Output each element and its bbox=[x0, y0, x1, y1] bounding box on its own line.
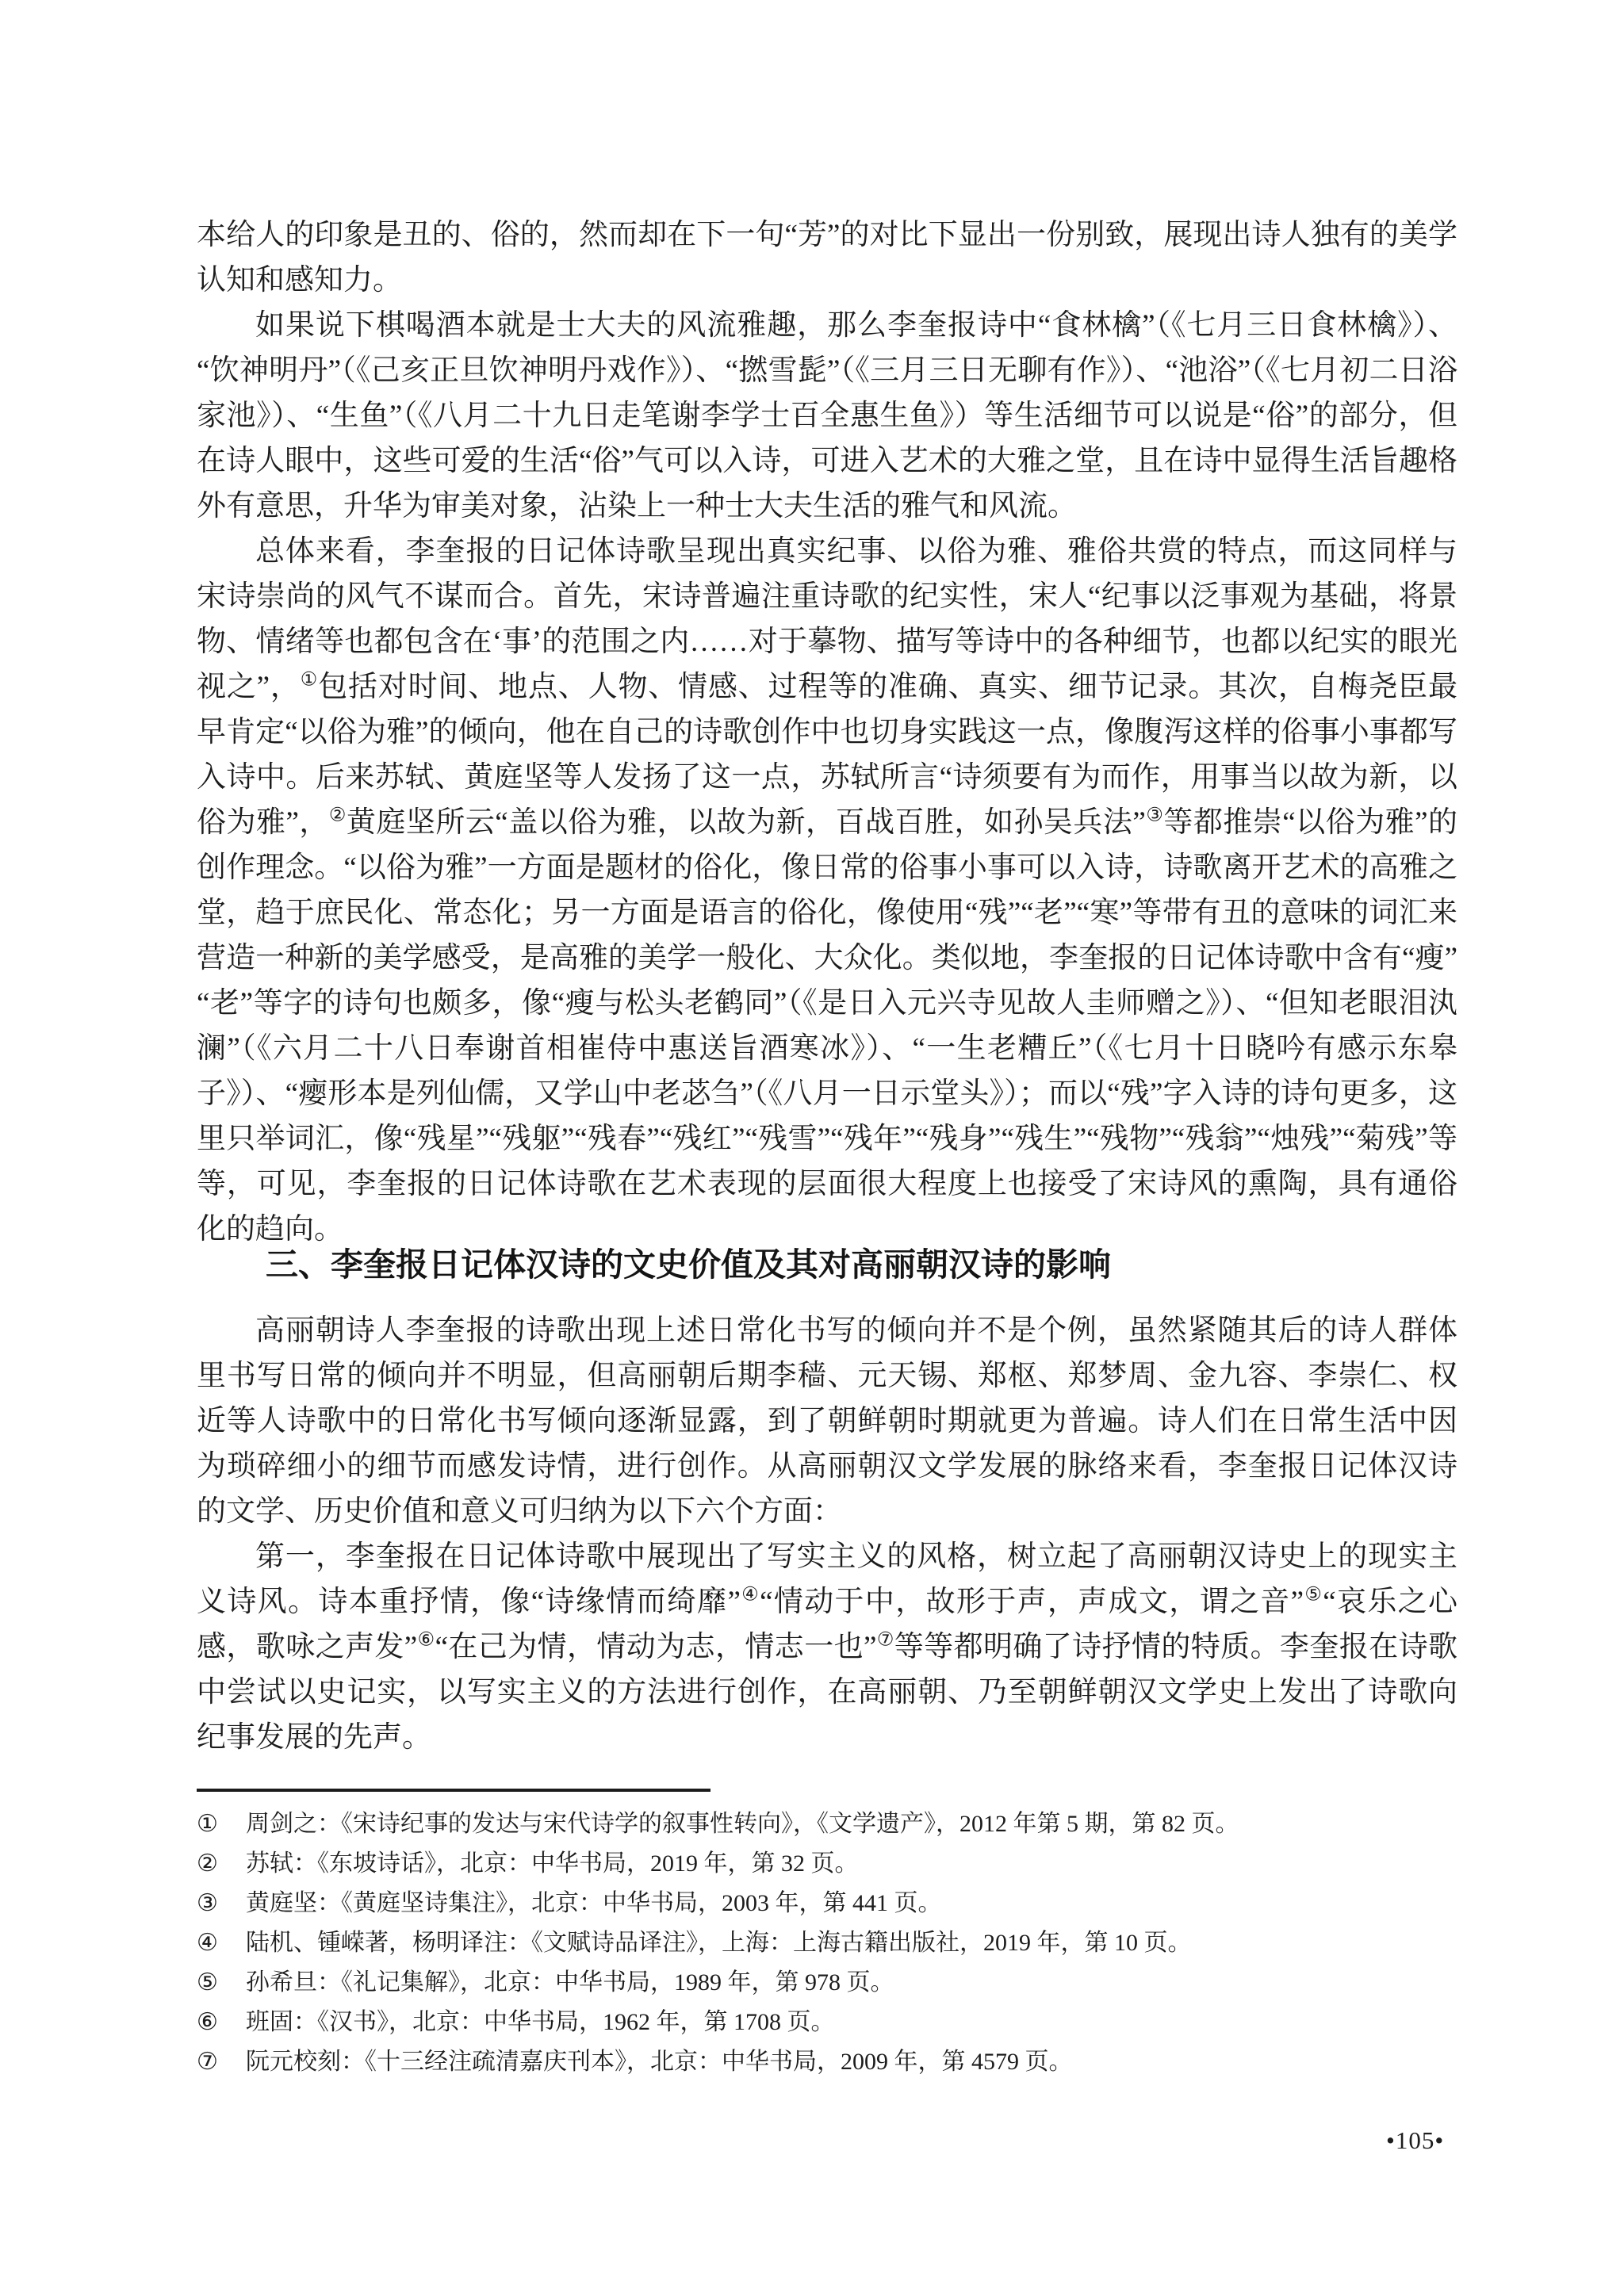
footnote-marker: ② bbox=[197, 1844, 246, 1884]
footnote-ref-4: ④ bbox=[741, 1585, 760, 1605]
page-number: •105• bbox=[1386, 2126, 1444, 2155]
footnote-text: 班固：《汉书》，北京：中华书局，1962 年，第 1708 页。 bbox=[246, 2003, 1465, 2042]
paragraph: 第一，李奎报在日记体诗歌中展现出了写实主义的风格，树立起了高丽朝汉诗史上的现实主… bbox=[197, 1534, 1457, 1760]
paragraph-text: 黄庭坚所云“盖以俗为雅，以故为新，百战百胜，如孙吴兵法” bbox=[347, 806, 1146, 839]
footnote-row: ⑥ 班固：《汉书》，北京：中华书局，1962 年，第 1708 页。 bbox=[197, 2003, 1465, 2042]
footnote-text: 苏轼：《东坡诗话》，北京：中华书局，2019 年，第 32 页。 bbox=[246, 1844, 1465, 1884]
footnote-marker: ③ bbox=[197, 1884, 246, 1923]
paragraph: 如果说下棋喝酒本就是士大夫的风流雅趣，那么李奎报诗中“食林檎”（《七月三日食林檎… bbox=[197, 303, 1457, 529]
paragraph-text: 高丽朝诗人李奎报的诗歌出现上述日常化书写的倾向并不是个例，虽然紧随其后的诗人群体… bbox=[197, 1314, 1457, 1528]
footnote-row: ⑤ 孙希旦：《礼记集解》，北京：中华书局，1989 年，第 978 页。 bbox=[197, 1963, 1465, 2003]
paragraph-text: 本给人的印象是丑的、俗的，然而却在下一句“芳”的对比下显出一份别致，展现出诗人独… bbox=[197, 219, 1457, 297]
paragraph-continuation: 本给人的印象是丑的、俗的，然而却在下一句“芳”的对比下显出一份别致，展现出诗人独… bbox=[197, 212, 1457, 303]
footnote-row: ① 周剑之：《宋诗纪事的发达与宋代诗学的叙事性转向》，《文学遗产》，2012 年… bbox=[197, 1804, 1465, 1844]
footnotes-section: ① 周剑之：《宋诗纪事的发达与宋代诗学的叙事性转向》，《文学遗产》，2012 年… bbox=[197, 1804, 1465, 2082]
paragraph-text: “在己为情，情动为志，情志一也” bbox=[435, 1631, 877, 1663]
footnote-ref-3: ③ bbox=[1146, 806, 1164, 826]
paragraph: 总体来看，李奎报的日记体诗歌呈现出真实纪事、以俗为雅、雅俗共赏的特点，而这同样与… bbox=[197, 529, 1457, 1252]
footnote-text: 黄庭坚：《黄庭坚诗集注》，北京：中华书局，2003 年，第 441 页。 bbox=[246, 1884, 1465, 1923]
footnote-text: 陆机、锺嵘著，杨明译注：《文赋诗品译注》，上海：上海古籍出版社，2019 年，第… bbox=[246, 1923, 1465, 1963]
body-text-block-1: 本给人的印象是丑的、俗的，然而却在下一句“芳”的对比下显出一份别致，展现出诗人独… bbox=[197, 212, 1457, 1252]
footnote-text: 周剑之：《宋诗纪事的发达与宋代诗学的叙事性转向》，《文学遗产》，2012 年第 … bbox=[246, 1804, 1465, 1844]
paragraph-text: 等都推崇“以俗为雅”的创作理念。“以俗为雅”一方面是题材的俗化，像日常的俗事小事… bbox=[197, 806, 1457, 1246]
footnote-text: 孙希旦：《礼记集解》，北京：中华书局，1989 年，第 978 页。 bbox=[246, 1963, 1465, 2003]
footnote-marker: ④ bbox=[197, 1923, 246, 1963]
footnote-row: ④ 陆机、锺嵘著，杨明译注：《文赋诗品译注》，上海：上海古籍出版社，2019 年… bbox=[197, 1923, 1465, 1963]
footnote-marker: ⑥ bbox=[197, 2003, 246, 2042]
footnote-row: ③ 黄庭坚：《黄庭坚诗集注》，北京：中华书局，2003 年，第 441 页。 bbox=[197, 1884, 1465, 1923]
footnote-ref-7: ⑦ bbox=[876, 1630, 894, 1651]
paragraph: 高丽朝诗人李奎报的诗歌出现上述日常化书写的倾向并不是个例，虽然紧随其后的诗人群体… bbox=[197, 1308, 1457, 1534]
footnote-row: ② 苏轼：《东坡诗话》，北京：中华书局，2019 年，第 32 页。 bbox=[197, 1844, 1465, 1884]
footnote-ref-6: ⑥ bbox=[417, 1630, 435, 1651]
paragraph-text: “情动于中，故形于声，声成文，谓之音” bbox=[760, 1586, 1304, 1618]
footnote-ref-5: ⑤ bbox=[1304, 1585, 1323, 1605]
footnote-row: ⑦ 阮元校刻：《十三经注疏清嘉庆刊本》，北京：中华书局，2009 年，第 457… bbox=[197, 2042, 1465, 2082]
footnote-marker: ⑦ bbox=[197, 2042, 246, 2082]
footnote-marker: ⑤ bbox=[197, 1963, 246, 2003]
document-page: 本给人的印象是丑的、俗的，然而却在下一句“芳”的对比下显出一份别致，展现出诗人独… bbox=[0, 0, 1624, 2296]
section-heading: 三、李奎报日记体汉诗的文史价值及其对高丽朝汉诗的影响 bbox=[266, 1242, 1111, 1288]
paragraph-text: 如果说下棋喝酒本就是士大夫的风流雅趣，那么李奎报诗中“食林檎”（《七月三日食林檎… bbox=[197, 309, 1457, 522]
footnote-marker: ① bbox=[197, 1804, 246, 1844]
footnote-ref-1: ① bbox=[301, 670, 318, 691]
footnote-ref-2: ② bbox=[329, 806, 347, 826]
footnote-text: 阮元校刻：《十三经注疏清嘉庆刊本》，北京：中华书局，2009 年，第 4579 … bbox=[246, 2042, 1465, 2082]
footnote-separator-rule bbox=[197, 1789, 710, 1792]
body-text-block-2: 高丽朝诗人李奎报的诗歌出现上述日常化书写的倾向并不是个例，虽然紧随其后的诗人群体… bbox=[197, 1308, 1457, 1760]
